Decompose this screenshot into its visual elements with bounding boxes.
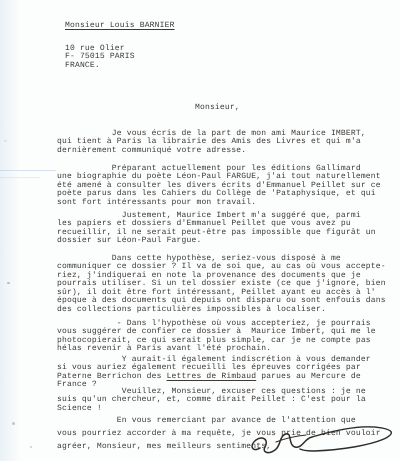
- paragraph-5: - Dans l'hypothèse où vous accepteriez, …: [57, 320, 376, 354]
- underlined-book-title: Lettres de Rimbaud: [167, 372, 257, 381]
- fold-crease: [0, 177, 40, 178]
- letter-page: Monsieur Louis BARNIER 10 rue Olier F- 7…: [0, 0, 400, 461]
- recipient-name: Monsieur Louis BARNIER: [65, 22, 175, 30]
- paragraph-3: Justement, Maurice Imbert m'a suggéré qu…: [57, 212, 376, 246]
- scan-speck: [4, 140, 7, 142]
- scan-speck: [12, 422, 15, 425]
- paragraph-7: Veuillez, Monsieur, excuser ces question…: [57, 388, 366, 413]
- scan-speck: [30, 446, 32, 448]
- salutation: Monsieur,: [195, 104, 240, 112]
- recipient-address: 10 rue Olier F- 75015 PARIS FRANCE.: [65, 45, 135, 70]
- paragraph-4: Dans cette hypothèse, seriez-vous dispos…: [57, 255, 386, 314]
- signature-icon: [246, 422, 398, 461]
- paragraph-2: Préparant actuellement pour les éditions…: [57, 165, 381, 207]
- paragraph-6: Y aurait-il également indiscrétion à vou…: [57, 356, 371, 390]
- paragraph-1: Je vous écris de la part de mon ami Maur…: [57, 130, 366, 155]
- scan-speck: [7, 282, 10, 284]
- fold-crease: [0, 170, 56, 171]
